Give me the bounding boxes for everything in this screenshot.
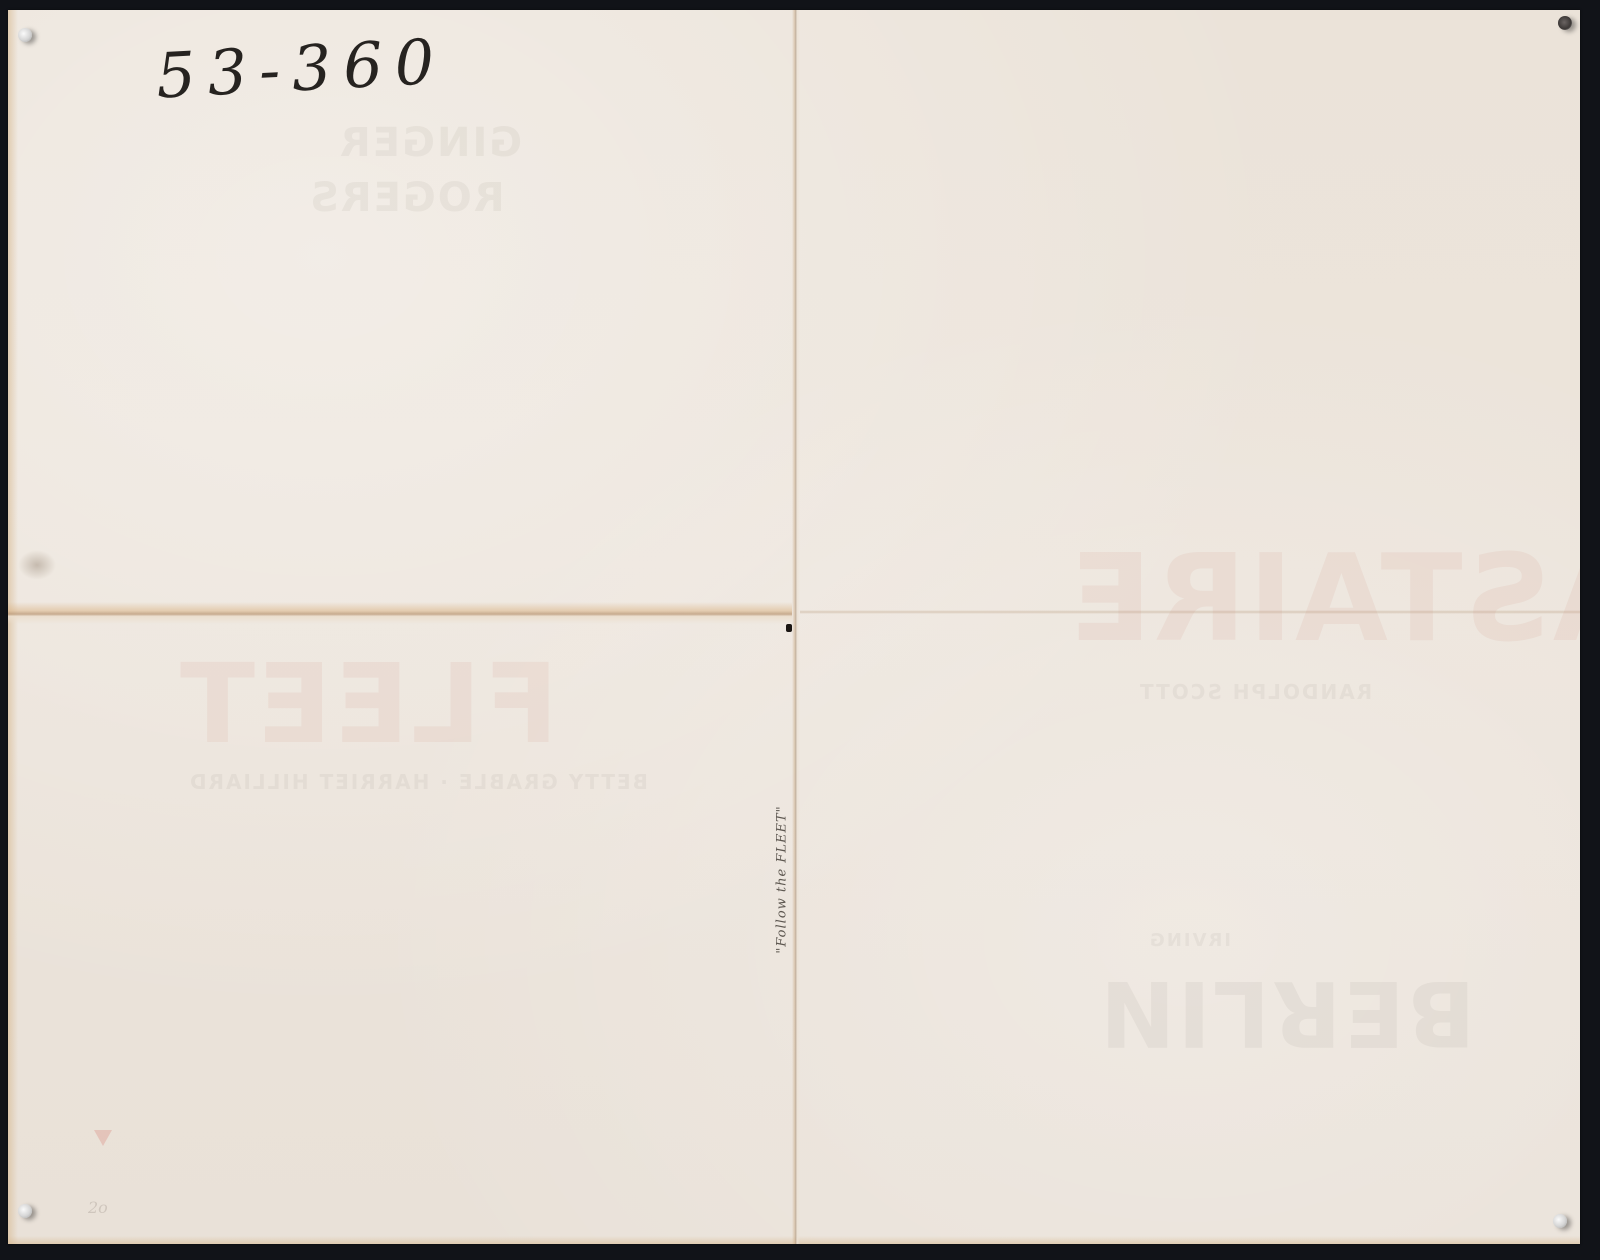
bleed-text-astaire: ASTAIRE: [1068, 530, 1580, 669]
fold-tear: [786, 624, 792, 632]
photo-scene: GINGER ROGERS FLEET BETTY GRABLE · HARRI…: [0, 0, 1600, 1260]
vertical-fold-line: [792, 10, 800, 1244]
faint-red-triangle-mark: [94, 1130, 112, 1146]
corner-pencil-mark: 2o: [88, 1198, 108, 1217]
title-note-handwritten: "Follow the FLEET": [775, 805, 790, 953]
bleed-text-credits: BETTY GRABLE · HARRIET HILLIARD: [188, 770, 648, 794]
left-edge-stain: [8, 10, 18, 1244]
bleed-text-ginger: GINGER: [338, 120, 522, 166]
bleed-text-fleet: FLEET: [178, 640, 559, 768]
bleed-text-irving: IRVING: [1148, 930, 1231, 951]
pin-bottom-left-icon: [18, 1204, 32, 1218]
bleed-text-berlin: BERLIN: [1098, 960, 1476, 1065]
poster-back-sheet: GINGER ROGERS FLEET BETTY GRABLE · HARRI…: [8, 10, 1580, 1244]
pin-top-left-icon: [18, 28, 32, 42]
edge-smudge: [18, 550, 56, 580]
pin-bottom-right-icon: [1553, 1214, 1567, 1228]
bleed-text-rogers: ROGERS: [308, 175, 505, 221]
horizontal-fold-left: [8, 602, 792, 624]
inventory-number-handwritten: 53-360: [154, 24, 448, 112]
pin-top-right-icon: [1558, 16, 1572, 30]
bleed-text-scott: RANDOLPH SCOTT: [1138, 680, 1372, 704]
